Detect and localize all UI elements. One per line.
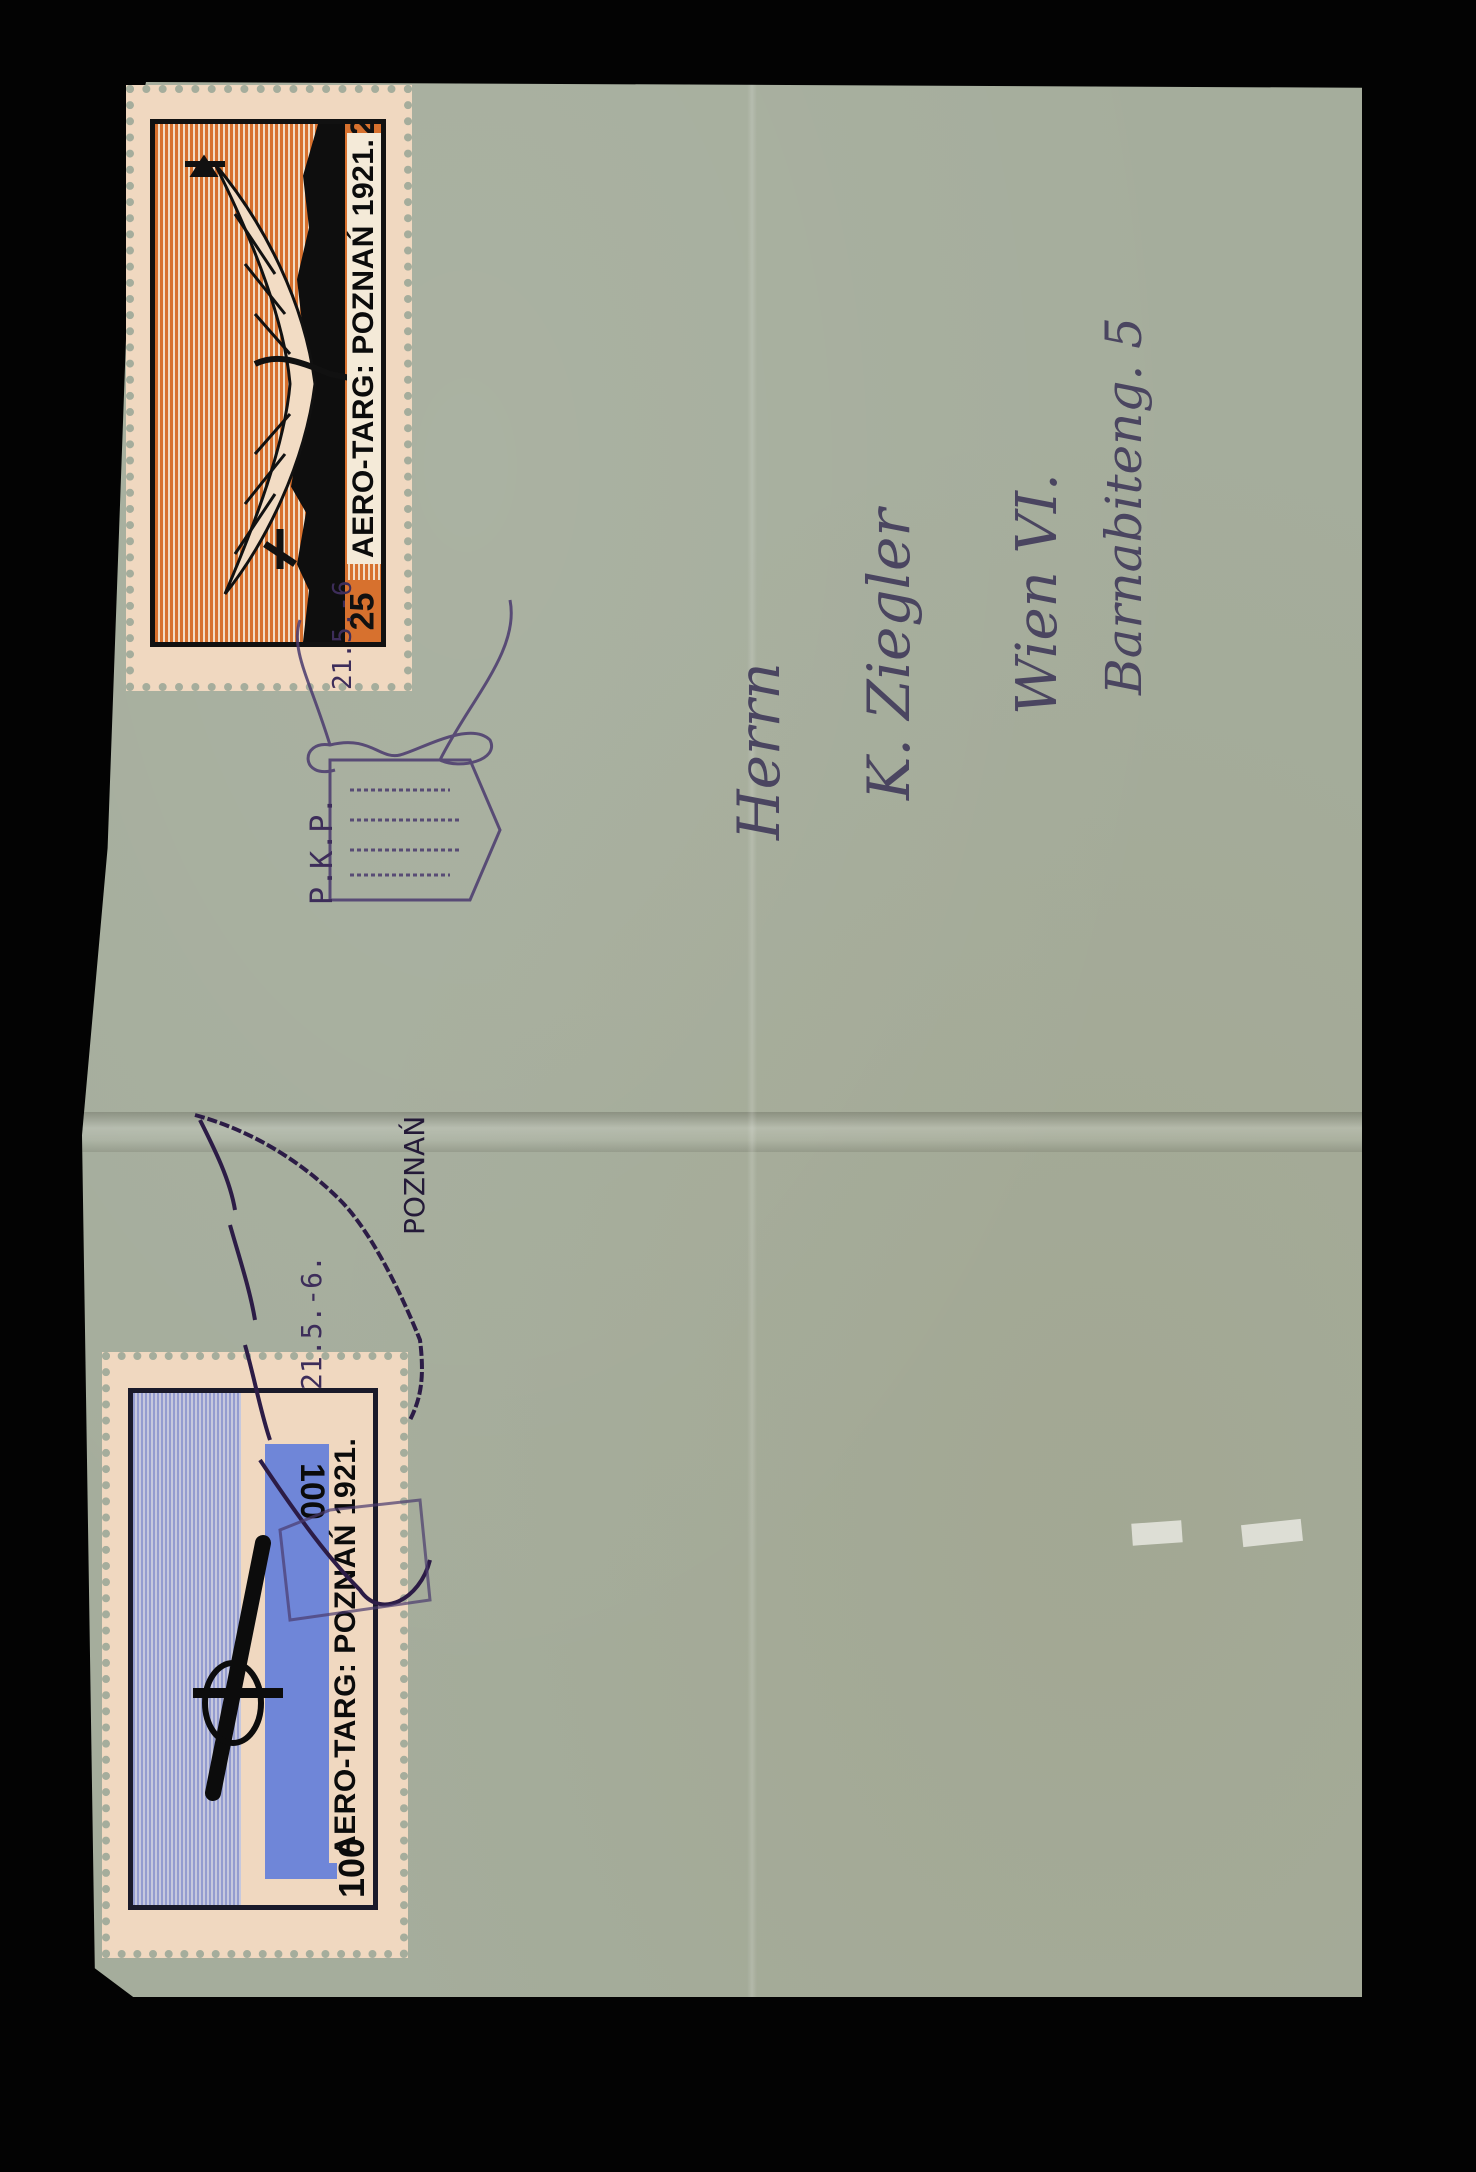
cancellation-cachets xyxy=(0,0,1476,2172)
cachet-label: P.K.P. xyxy=(305,797,340,905)
address-name: K. Ziegler xyxy=(855,509,923,800)
postmark-date-upper: 21.5.-6 xyxy=(328,580,358,690)
address-street: Barnabiteng. 5 xyxy=(1095,317,1153,695)
address-city: Wien VI. xyxy=(1005,473,1070,715)
postmark-date-lower: 21.5.-6. xyxy=(295,1255,328,1390)
address-salutation: Herrn xyxy=(725,662,793,840)
postmark-city: POZNAŃ xyxy=(398,1116,431,1235)
